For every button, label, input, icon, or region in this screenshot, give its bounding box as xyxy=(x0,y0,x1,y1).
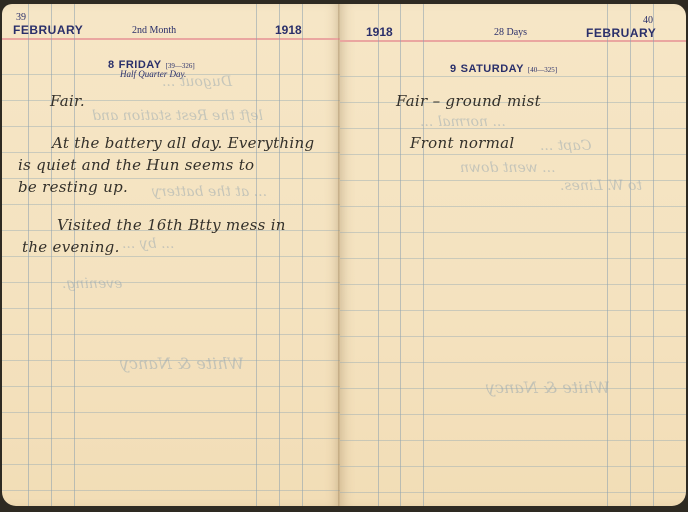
page-number: 39 xyxy=(16,12,26,23)
ruled-line xyxy=(2,438,340,439)
bleed-through-text: evening. xyxy=(62,276,122,292)
column-rule xyxy=(630,4,631,506)
entry-line: the evening. xyxy=(22,238,120,256)
ruled-line xyxy=(2,334,340,335)
bleed-through-text: to W. Lines. xyxy=(560,178,642,194)
ruled-line xyxy=(2,204,340,205)
bleed-through-text: ... normal ... xyxy=(420,114,506,130)
column-rule xyxy=(607,4,608,506)
bleed-through-text: Dugout ... xyxy=(162,74,232,90)
ruled-line xyxy=(340,310,686,311)
bleed-through-text: ... at the battery xyxy=(152,184,267,200)
ruled-line xyxy=(2,308,340,309)
column-rule xyxy=(400,4,401,506)
entry-line: Visited the 16th Btty mess in xyxy=(57,216,286,234)
ruled-line xyxy=(2,152,340,153)
column-rule xyxy=(653,4,654,506)
column-rule xyxy=(279,4,280,506)
ruled-line xyxy=(2,126,340,127)
ruled-line xyxy=(2,464,340,465)
entry-line: be resting up. xyxy=(18,178,128,196)
ruled-line xyxy=(340,414,686,415)
bleed-through-text: ... went down xyxy=(460,160,556,176)
day-count: [40—325] xyxy=(528,66,557,74)
ruled-line xyxy=(2,282,340,283)
ruled-line xyxy=(340,206,686,207)
entry-line: is quiet and the Hun seems to xyxy=(18,156,254,174)
ruled-line xyxy=(340,258,686,259)
bleed-through-text: Capt ... xyxy=(540,138,591,154)
month-label: FEBRUARY xyxy=(13,23,83,37)
header-red-rule xyxy=(340,40,686,42)
day-date: 9 xyxy=(450,63,457,75)
header-red-rule xyxy=(2,38,340,40)
page-number: 40 xyxy=(643,15,653,26)
right-page: 1918 28 Days 40 FEBRUARY 9 SATURDAY [40—… xyxy=(340,4,686,506)
ruled-line xyxy=(2,412,340,413)
column-rule xyxy=(302,4,303,506)
ruled-line xyxy=(340,362,686,363)
left-page: 39 FEBRUARY 2nd Month 1918 8 FRIDAY [39—… xyxy=(2,4,340,506)
ruled-line xyxy=(340,154,686,155)
entry-line: Fair. xyxy=(50,92,85,110)
ruled-line xyxy=(2,386,340,387)
column-rule xyxy=(423,4,424,506)
ruled-line xyxy=(340,284,686,285)
ruled-line xyxy=(340,336,686,337)
ruled-line xyxy=(340,128,686,129)
ruled-line xyxy=(340,440,686,441)
day-weekday: SATURDAY xyxy=(461,63,524,75)
bleed-through-signature: White & Nancy xyxy=(486,378,610,397)
year-label: 1918 xyxy=(366,25,393,39)
month-ordinal: 2nd Month xyxy=(132,25,176,36)
column-rule xyxy=(256,4,257,506)
entry-line: Front normal xyxy=(410,134,515,152)
bleed-through-signature: White & Nancy xyxy=(120,354,244,373)
ruled-line xyxy=(2,256,340,257)
ruled-line xyxy=(2,490,340,491)
entry-line: Fair – ground mist xyxy=(396,92,541,110)
ruled-line xyxy=(340,492,686,493)
year-label: 1918 xyxy=(275,23,302,37)
month-label: FEBRUARY xyxy=(586,26,656,40)
column-rule xyxy=(378,4,379,506)
entry-line: At the battery all day. Everything xyxy=(52,134,314,152)
diary-book: 39 FEBRUARY 2nd Month 1918 8 FRIDAY [39—… xyxy=(0,0,688,512)
ruled-line xyxy=(340,232,686,233)
days-in-month: 28 Days xyxy=(494,27,527,38)
bleed-through-text: left the Rest station and xyxy=(92,108,263,124)
ruled-line xyxy=(340,466,686,467)
day-heading: 9 SATURDAY [40—325] xyxy=(450,59,557,77)
day-date: 8 xyxy=(108,59,115,71)
bleed-through-text: ... by ... xyxy=(122,236,174,252)
